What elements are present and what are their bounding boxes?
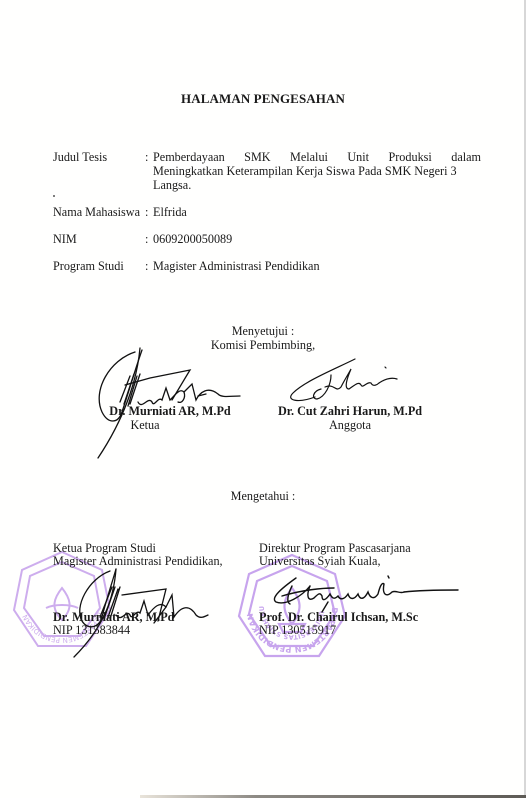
field-separator: : xyxy=(145,150,148,164)
handwritten-signature-icon xyxy=(285,355,415,410)
thesis-title-line-3: Langsa. xyxy=(153,178,191,192)
supervisor-2-name: Dr. Cut Zahri Harun, M.Pd xyxy=(270,404,430,418)
supervisor-1-role: Ketua xyxy=(90,418,200,432)
field-separator: : xyxy=(145,259,148,273)
study-program: Magister Administrasi Pendidikan xyxy=(153,259,320,273)
field-label-nama-mahasiswa: Nama Mahasiswa xyxy=(53,205,140,219)
director-title-line-1: Direktur Program Pascasarjana xyxy=(259,541,411,555)
supervisor-2-role: Anggota xyxy=(270,418,430,432)
head-program-name: Dr. Murniati AR, M.Pd xyxy=(53,610,174,624)
word: Produksi xyxy=(388,150,431,164)
page-title: HALAMAN PENGESAHAN xyxy=(0,91,526,107)
student-name: Elfrida xyxy=(153,205,187,219)
field-label-nim: NIM xyxy=(53,232,77,246)
head-program-title-line-1: Ketua Program Studi xyxy=(53,541,156,555)
word: Unit xyxy=(347,150,369,164)
director-name: Prof. Dr. Chairul Ichsan, M.Sc xyxy=(259,610,418,624)
scanned-page: HALAMAN PENGESAHAN Judul Tesis : Pemberd… xyxy=(0,0,526,798)
supervisor-1-name: Dr. Murniati AR, M.Pd xyxy=(90,404,250,418)
field-separator: : xyxy=(145,205,148,219)
field-label-program-studi: Program Studi xyxy=(53,259,124,273)
approval-heading: Menyetujui : xyxy=(0,324,526,338)
word: Melalui xyxy=(290,150,328,164)
word: dalam xyxy=(451,150,481,164)
stray-mark xyxy=(53,195,55,197)
word: Pemberdayaan xyxy=(153,150,225,164)
thesis-title-line-1: Pemberdayaan SMK Melalui Unit Produksi d… xyxy=(153,150,481,164)
field-separator: : xyxy=(145,232,148,246)
thesis-title-line-2: Meningkatkan Keterampilan Kerja Siswa Pa… xyxy=(153,164,457,178)
acknowledgement-heading: Mengetahui : xyxy=(0,489,526,503)
director-title-line-2: Universitas Syiah Kuala, xyxy=(259,554,381,568)
head-program-nip: NIP 131583844 xyxy=(53,623,130,637)
director-nip: NIP 130515917 xyxy=(259,623,336,637)
word: SMK xyxy=(244,150,270,164)
approval-subheading: Komisi Pembimbing, xyxy=(0,338,526,352)
field-label-judul-tesis: Judul Tesis xyxy=(53,150,107,164)
student-nim: 0609200050089 xyxy=(153,232,232,246)
